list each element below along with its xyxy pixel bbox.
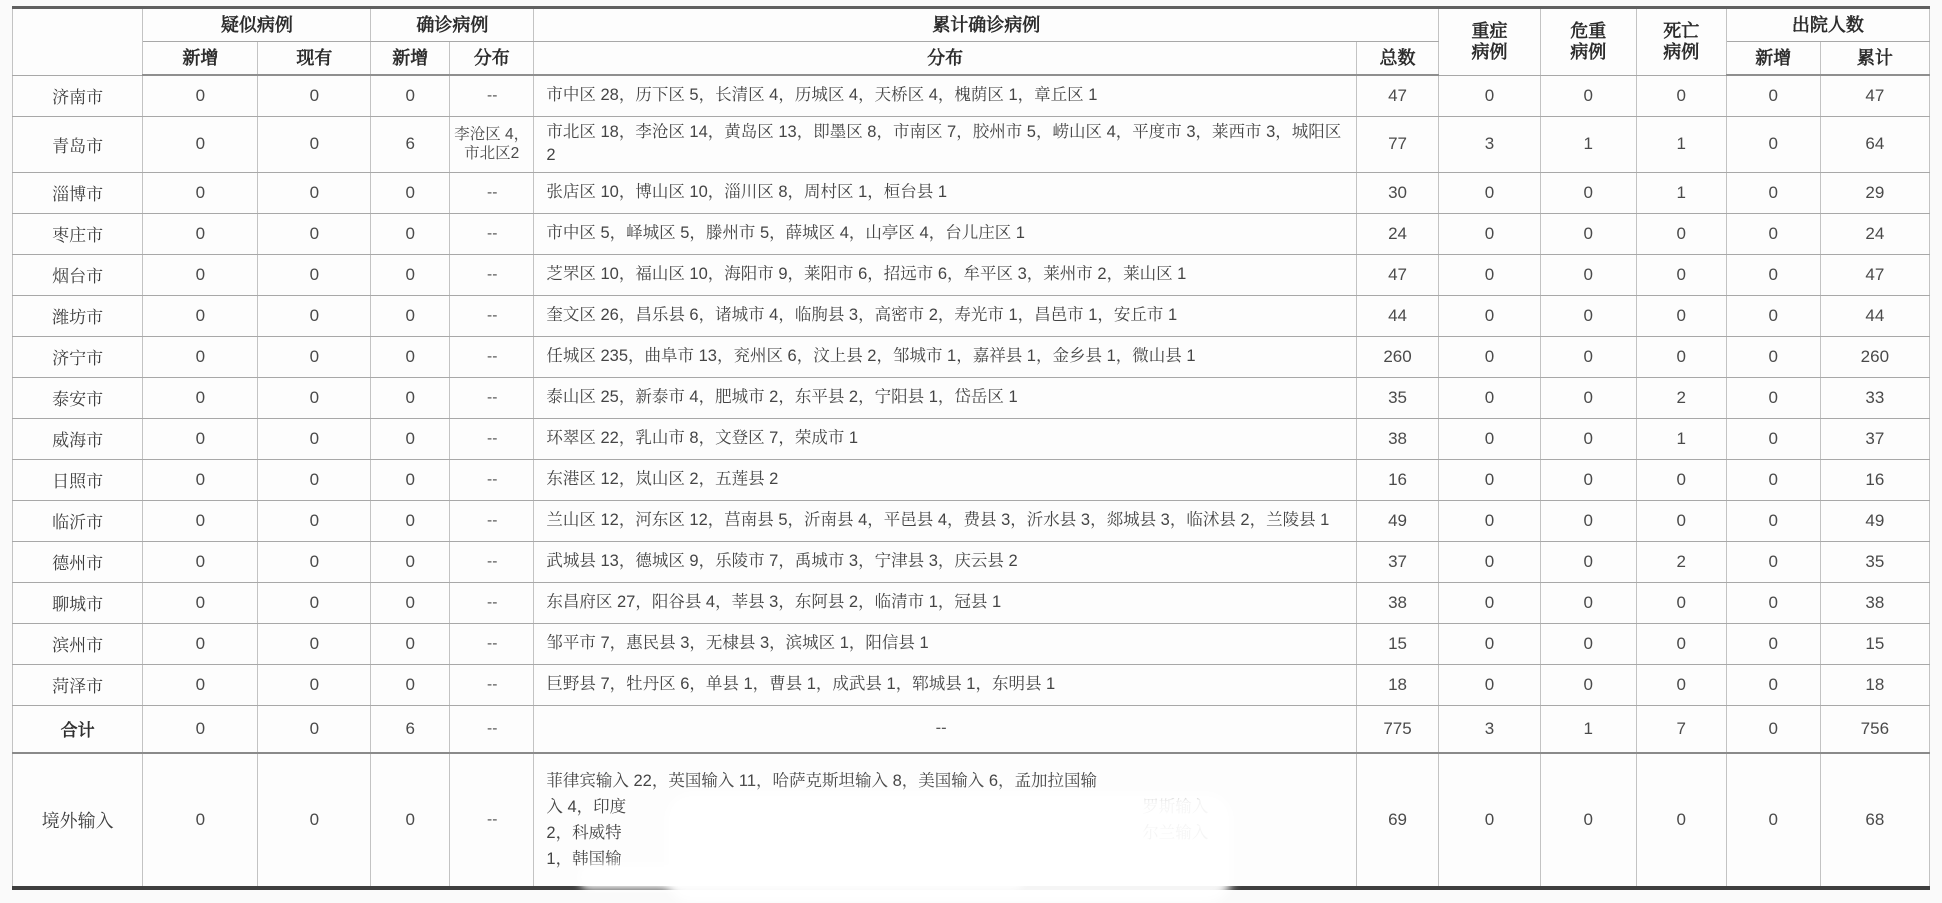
cell-existing-suspected: 0 xyxy=(258,753,371,800)
header-severe-line1: 重症 xyxy=(1472,21,1508,41)
table-row: 菏泽市000--巨野县 7，牡丹区 6，单县 1，曹县 1，成武县 1，郓城县 … xyxy=(13,664,1930,705)
table-row: 枣庄市000--市中区 5，峄城区 5，滕州市 5，薛城区 4，山亭区 4，台儿… xyxy=(13,213,1930,254)
cell-discharged-total: 64 xyxy=(1820,117,1929,173)
table-row: 济南市000--市中区 28，历下区 5，长清区 4，历城区 4，天桥区 4，槐… xyxy=(13,75,1930,117)
cell-cumulative-distribution: 环翠区 22，乳山市 8，文登区 7，荣成市 1 xyxy=(534,418,1356,459)
cell-severe: 0 xyxy=(1439,295,1541,336)
cell-new-confirmed: 0 xyxy=(371,664,450,705)
header-critical-cases: 危重病例 xyxy=(1540,8,1636,76)
cell-death: 0 xyxy=(1636,254,1726,295)
cell-total: 35 xyxy=(1356,377,1438,418)
cell-total: 47 xyxy=(1356,75,1438,117)
cell-discharged-new: 0 xyxy=(1726,418,1820,459)
cell-city: 枣庄市 xyxy=(13,213,143,254)
cell-severe: 0 xyxy=(1439,623,1541,664)
cell-total: 37 xyxy=(1356,541,1438,582)
cell-discharged-total: 68 xyxy=(1820,753,1929,800)
cell-cumulative-distribution: -- xyxy=(534,705,1356,753)
header-row-groups: 疑似病例 确诊病例 累计确诊病例 重症病例 危重病例 死亡病例 出院人数 xyxy=(13,8,1930,42)
cell-new-suspected: 0 xyxy=(143,172,258,213)
cell-discharged-total: 35 xyxy=(1820,541,1929,582)
cell-confirmed-distribution: -- xyxy=(450,377,534,418)
header-cumulative-confirmed-cases: 累计确诊病例 xyxy=(534,8,1439,42)
cell-discharged-new: 0 xyxy=(1726,213,1820,254)
cell-new-suspected: 0 xyxy=(143,623,258,664)
cell-discharged-new: 0 xyxy=(1726,500,1820,541)
cell-confirmed-distribution: -- xyxy=(450,172,534,213)
cell-death: 0 xyxy=(1636,295,1726,336)
cell-confirmed-distribution: -- xyxy=(450,336,534,377)
cell-critical: 1 xyxy=(1540,705,1636,753)
cell-confirmed-distribution: -- xyxy=(450,753,534,800)
table-row: 威海市000--环翠区 22，乳山市 8，文登区 7，荣成市 138001037 xyxy=(13,418,1930,459)
cell-city: 威海市 xyxy=(13,418,143,459)
cell-cumulative-distribution: 邹平市 7，惠民县 3，无棣县 3，滨城区 1，阳信县 1 xyxy=(534,623,1356,664)
cell-discharged-total: 260 xyxy=(1820,336,1929,377)
cell-discharged-total: 15 xyxy=(1820,623,1929,664)
cell-cumulative-distribution: 兰山区 12，河东区 12，莒南县 5，沂南县 4，平邑县 4，费县 3，沂水县… xyxy=(534,500,1356,541)
cell-death: 0 xyxy=(1636,459,1726,500)
cell-total: 38 xyxy=(1356,582,1438,623)
cell-total: 16 xyxy=(1356,459,1438,500)
cell-existing-suspected: 0 xyxy=(258,295,371,336)
cell-discharged-total: 37 xyxy=(1820,418,1929,459)
cell-severe: 0 xyxy=(1439,213,1541,254)
header-critical-line2: 病例 xyxy=(1570,42,1606,62)
cell-critical: 0 xyxy=(1540,664,1636,705)
cell-new-confirmed: 6 xyxy=(371,117,450,173)
header-confirmed-distribution: 分布 xyxy=(450,42,534,76)
cell-death: 0 xyxy=(1636,500,1726,541)
cases-table-container: 疑似病例 确诊病例 累计确诊病例 重症病例 危重病例 死亡病例 出院人数 新增 … xyxy=(12,6,1930,800)
cell-total: 77 xyxy=(1356,117,1438,173)
cell-new-suspected: 0 xyxy=(143,295,258,336)
cell-discharged-new: 0 xyxy=(1726,705,1820,753)
table-row: 淄博市000--张店区 10，博山区 10，淄川区 8，周村区 1，桓台县 13… xyxy=(13,172,1930,213)
cell-death: 0 xyxy=(1636,75,1726,117)
cell-death: 1 xyxy=(1636,117,1726,173)
cell-discharged-total: 24 xyxy=(1820,213,1929,254)
header-new-confirmed: 新增 xyxy=(371,42,450,76)
cell-city: 滨州市 xyxy=(13,623,143,664)
cell-city: 聊城市 xyxy=(13,582,143,623)
cell-death: 1 xyxy=(1636,172,1726,213)
cell-confirmed-distribution: -- xyxy=(450,664,534,705)
cell-existing-suspected: 0 xyxy=(258,541,371,582)
cell-critical: 0 xyxy=(1540,295,1636,336)
cell-new-confirmed: 0 xyxy=(371,213,450,254)
cell-cumulative-distribution: 张店区 10，博山区 10，淄川区 8，周村区 1，桓台县 1 xyxy=(534,172,1356,213)
cell-discharged-new: 0 xyxy=(1726,295,1820,336)
cell-cumulative-distribution: 泰山区 25，新泰市 4，肥城市 2，东平县 2，宁阳县 1，岱岳区 1 xyxy=(534,377,1356,418)
cell-discharged-total: 16 xyxy=(1820,459,1929,500)
cell-cumulative-distribution: 东港区 12，岚山区 2，五莲县 2 xyxy=(534,459,1356,500)
cell-new-suspected: 0 xyxy=(143,459,258,500)
cell-cumulative-distribution: 市中区 28，历下区 5，长清区 4，历城区 4，天桥区 4，槐荫区 1，章丘区… xyxy=(534,75,1356,117)
cell-confirmed-distribution: -- xyxy=(450,75,534,117)
cell-critical: 0 xyxy=(1540,254,1636,295)
header-severe-line2: 病例 xyxy=(1472,42,1508,62)
header-cumulative-discharged: 累计 xyxy=(1820,42,1929,76)
cell-critical: 0 xyxy=(1540,418,1636,459)
cell-cumulative-distribution: 巨野县 7，牡丹区 6，单县 1，曹县 1，成武县 1，郓城县 1，东明县 1 xyxy=(534,664,1356,705)
cell-discharged-total: 33 xyxy=(1820,377,1929,418)
cell-critical: 0 xyxy=(1540,213,1636,254)
header-confirmed-cases: 确诊病例 xyxy=(371,8,534,42)
header-cumulative-distribution: 分布 xyxy=(534,42,1356,76)
cell-discharged-new: 0 xyxy=(1726,377,1820,418)
cell-city: 菏泽市 xyxy=(13,664,143,705)
cell-discharged-total: 44 xyxy=(1820,295,1929,336)
header-death-cases: 死亡病例 xyxy=(1636,8,1726,76)
overseas-distribution-line: 入 4，印度罗斯输入 xyxy=(546,794,1208,800)
cell-existing-suspected: 0 xyxy=(258,254,371,295)
cell-new-suspected: 0 xyxy=(143,377,258,418)
table-row: 聊城市000--东昌府区 27，阳谷县 4，莘县 3，东阿县 2，临清市 1，冠… xyxy=(13,582,1930,623)
table-row: 临沂市000--兰山区 12，河东区 12，莒南县 5，沂南县 4，平邑县 4，… xyxy=(13,500,1930,541)
cell-death: 0 xyxy=(1636,582,1726,623)
cell-discharged-total: 756 xyxy=(1820,705,1929,753)
cell-severe: 0 xyxy=(1439,582,1541,623)
cell-confirmed-distribution: -- xyxy=(450,459,534,500)
table-row: 烟台市000--芝罘区 10，福山区 10，海阳市 9，莱阳市 6，招远市 6，… xyxy=(13,254,1930,295)
cell-total: 38 xyxy=(1356,418,1438,459)
cell-existing-suspected: 0 xyxy=(258,75,371,117)
cell-confirmed-distribution: -- xyxy=(450,500,534,541)
cell-total: 24 xyxy=(1356,213,1438,254)
cell-severe: 0 xyxy=(1439,254,1541,295)
cell-discharged-new: 0 xyxy=(1726,664,1820,705)
cell-confirmed-distribution: -- xyxy=(450,418,534,459)
cell-city: 德州市 xyxy=(13,541,143,582)
cell-critical: 0 xyxy=(1540,582,1636,623)
cell-cumulative-distribution: 菲律宾输入 22，英国输入 11，哈萨克斯坦输入 8，美国输入 6，孟加拉国输入… xyxy=(534,753,1356,800)
cell-total: 15 xyxy=(1356,623,1438,664)
overseas-distribution-text: 菲律宾输入 22，英国输入 11，哈萨克斯坦输入 8，美国输入 6，孟加拉国输入… xyxy=(546,768,1343,800)
cell-confirmed-distribution: -- xyxy=(450,705,534,753)
cell-city: 泰安市 xyxy=(13,377,143,418)
cell-city: 日照市 xyxy=(13,459,143,500)
header-discharged: 出院人数 xyxy=(1726,8,1929,42)
cell-new-confirmed: 0 xyxy=(371,418,450,459)
cell-discharged-total: 47 xyxy=(1820,75,1929,117)
cell-existing-suspected: 0 xyxy=(258,336,371,377)
cell-severe: 3 xyxy=(1439,705,1541,753)
cell-city: 济南市 xyxy=(13,75,143,117)
cell-cumulative-distribution: 市中区 5，峄城区 5，滕州市 5，薛城区 4，山亭区 4，台儿庄区 1 xyxy=(534,213,1356,254)
cell-new-confirmed: 0 xyxy=(371,541,450,582)
cell-new-confirmed: 0 xyxy=(371,500,450,541)
cell-total: 47 xyxy=(1356,254,1438,295)
cell-city: 烟台市 xyxy=(13,254,143,295)
cell-confirmed-distribution: 李沧区 4，市北区2 xyxy=(450,117,534,173)
cell-discharged-new: 0 xyxy=(1726,541,1820,582)
cell-total: 18 xyxy=(1356,664,1438,705)
cell-discharged-new: 0 xyxy=(1726,336,1820,377)
cell-total: 49 xyxy=(1356,500,1438,541)
cell-critical: 0 xyxy=(1540,75,1636,117)
cell-new-confirmed: 0 xyxy=(371,582,450,623)
header-death-line2: 病例 xyxy=(1663,42,1699,62)
cell-discharged-new: 0 xyxy=(1726,254,1820,295)
cell-total: 30 xyxy=(1356,172,1438,213)
cell-cumulative-distribution: 市北区 18，李沧区 14，黄岛区 13，即墨区 8，市南区 7，胶州市 5，崂… xyxy=(534,117,1356,173)
cell-cumulative-distribution: 武城县 13，德城区 9，乐陵市 7，禹城市 3，宁津县 3，庆云县 2 xyxy=(534,541,1356,582)
cell-critical: 0 xyxy=(1540,753,1636,800)
cell-city: 潍坊市 xyxy=(13,295,143,336)
cell-new-confirmed: 0 xyxy=(371,753,450,800)
cell-total: 44 xyxy=(1356,295,1438,336)
cell-severe: 0 xyxy=(1439,377,1541,418)
header-new-discharged: 新增 xyxy=(1726,42,1820,76)
cell-critical: 0 xyxy=(1540,500,1636,541)
cell-city: 合计 xyxy=(13,705,143,753)
cell-new-confirmed: 0 xyxy=(371,172,450,213)
overseas-distribution-line: 菲律宾输入 22，英国输入 11，哈萨克斯坦输入 8，美国输入 6，孟加拉国输 xyxy=(546,768,1343,794)
cell-existing-suspected: 0 xyxy=(258,623,371,664)
corner-cell xyxy=(13,8,143,76)
table-row: 潍坊市000--奎文区 26，昌乐县 6，诸城市 4，临朐县 3，高密市 2，寿… xyxy=(13,295,1930,336)
cell-city: 境外输入 xyxy=(13,753,143,800)
cell-severe: 3 xyxy=(1439,117,1541,173)
table-body: 济南市000--市中区 28，历下区 5，长清区 4，历城区 4，天桥区 4，槐… xyxy=(13,75,1930,800)
cell-confirmed-distribution: -- xyxy=(450,213,534,254)
cell-discharged-total: 49 xyxy=(1820,500,1929,541)
cell-death: 0 xyxy=(1636,664,1726,705)
cell-death: 0 xyxy=(1636,753,1726,800)
cell-total: 260 xyxy=(1356,336,1438,377)
cell-new-confirmed: 0 xyxy=(371,377,450,418)
cell-city: 临沂市 xyxy=(13,500,143,541)
cell-discharged-new: 0 xyxy=(1726,459,1820,500)
cell-discharged-total: 29 xyxy=(1820,172,1929,213)
cell-new-suspected: 0 xyxy=(143,117,258,173)
cell-severe: 0 xyxy=(1439,336,1541,377)
cell-new-suspected: 0 xyxy=(143,541,258,582)
cell-confirmed-distribution: -- xyxy=(450,254,534,295)
cell-confirmed-distribution: -- xyxy=(450,295,534,336)
cell-critical: 0 xyxy=(1540,459,1636,500)
cell-new-confirmed: 0 xyxy=(371,459,450,500)
cell-confirmed-distribution: -- xyxy=(450,623,534,664)
table-row: 滨州市000--邹平市 7，惠民县 3，无棣县 3，滨城区 1，阳信县 1150… xyxy=(13,623,1930,664)
cell-cumulative-distribution: 芝罘区 10，福山区 10，海阳市 9，莱阳市 6，招远市 6，牟平区 3，莱州… xyxy=(534,254,1356,295)
table-row: 日照市000--东港区 12，岚山区 2，五莲县 216000016 xyxy=(13,459,1930,500)
cell-new-suspected: 0 xyxy=(143,213,258,254)
cell-severe: 0 xyxy=(1439,664,1541,705)
cell-discharged-total: 18 xyxy=(1820,664,1929,705)
header-suspected-cases: 疑似病例 xyxy=(143,8,371,42)
cell-death: 0 xyxy=(1636,623,1726,664)
cell-discharged-new: 0 xyxy=(1726,117,1820,173)
cell-existing-suspected: 0 xyxy=(258,377,371,418)
cell-death: 1 xyxy=(1636,418,1726,459)
cell-existing-suspected: 0 xyxy=(258,172,371,213)
cell-confirmed-distribution: -- xyxy=(450,541,534,582)
cell-new-confirmed: 0 xyxy=(371,623,450,664)
cell-death: 2 xyxy=(1636,377,1726,418)
cell-existing-suspected: 0 xyxy=(258,117,371,173)
cell-discharged-new: 0 xyxy=(1726,623,1820,664)
cell-critical: 0 xyxy=(1540,623,1636,664)
cell-discharged-new: 0 xyxy=(1726,172,1820,213)
cell-critical: 0 xyxy=(1540,172,1636,213)
cell-critical: 0 xyxy=(1540,336,1636,377)
cell-city: 青岛市 xyxy=(13,117,143,173)
table-row: 青岛市006李沧区 4，市北区2市北区 18，李沧区 14，黄岛区 13，即墨区… xyxy=(13,117,1930,173)
table-row: 德州市000--武城县 13，德城区 9，乐陵市 7，禹城市 3，宁津县 3，庆… xyxy=(13,541,1930,582)
cell-death: 7 xyxy=(1636,705,1726,753)
header-critical-line1: 危重 xyxy=(1570,21,1606,41)
cell-new-suspected: 0 xyxy=(143,336,258,377)
header-new-suspected: 新增 xyxy=(143,42,258,76)
cases-table: 疑似病例 确诊病例 累计确诊病例 重症病例 危重病例 死亡病例 出院人数 新增 … xyxy=(12,6,1930,800)
cell-discharged-total: 38 xyxy=(1820,582,1929,623)
cell-severe: 0 xyxy=(1439,753,1541,800)
cell-total: 69 xyxy=(1356,753,1438,800)
header-severe-cases: 重症病例 xyxy=(1439,8,1541,76)
cell-new-confirmed: 0 xyxy=(371,75,450,117)
cell-existing-suspected: 0 xyxy=(258,500,371,541)
cell-death: 0 xyxy=(1636,336,1726,377)
cell-new-suspected: 0 xyxy=(143,753,258,800)
header-death-line1: 死亡 xyxy=(1663,21,1699,41)
cell-city: 济宁市 xyxy=(13,336,143,377)
cell-existing-suspected: 0 xyxy=(258,213,371,254)
table-row: 境外输入000--菲律宾输入 22，英国输入 11，哈萨克斯坦输入 8，美国输入… xyxy=(13,753,1930,800)
table-row: 泰安市000--泰山区 25，新泰市 4，肥城市 2，东平县 2，宁阳县 1，岱… xyxy=(13,377,1930,418)
cell-critical: 1 xyxy=(1540,117,1636,173)
cell-existing-suspected: 0 xyxy=(258,582,371,623)
cell-new-suspected: 0 xyxy=(143,664,258,705)
cell-discharged-total: 47 xyxy=(1820,254,1929,295)
cell-severe: 0 xyxy=(1439,459,1541,500)
cell-new-suspected: 0 xyxy=(143,75,258,117)
cell-cumulative-distribution: 东昌府区 27，阳谷县 4，莘县 3，东阿县 2，临清市 1，冠县 1 xyxy=(534,582,1356,623)
cell-confirmed-distribution: -- xyxy=(450,582,534,623)
cell-new-suspected: 0 xyxy=(143,500,258,541)
cell-severe: 0 xyxy=(1439,75,1541,117)
header-existing-suspected: 现有 xyxy=(258,42,371,76)
cell-new-suspected: 0 xyxy=(143,705,258,753)
cell-death: 2 xyxy=(1636,541,1726,582)
cell-new-confirmed: 0 xyxy=(371,336,450,377)
cell-severe: 0 xyxy=(1439,172,1541,213)
cell-existing-suspected: 0 xyxy=(258,418,371,459)
cell-new-suspected: 0 xyxy=(143,254,258,295)
cell-total: 775 xyxy=(1356,705,1438,753)
cell-existing-suspected: 0 xyxy=(258,664,371,705)
cell-severe: 0 xyxy=(1439,500,1541,541)
cell-discharged-new: 0 xyxy=(1726,75,1820,117)
cell-existing-suspected: 0 xyxy=(258,459,371,500)
cell-discharged-new: 0 xyxy=(1726,582,1820,623)
cell-discharged-new: 0 xyxy=(1726,753,1820,800)
cell-new-confirmed: 6 xyxy=(371,705,450,753)
cell-cumulative-distribution: 任城区 235，曲阜市 13，兖州区 6，汶上县 2，邹城市 1，嘉祥县 1，金… xyxy=(534,336,1356,377)
cell-death: 0 xyxy=(1636,213,1726,254)
cell-existing-suspected: 0 xyxy=(258,705,371,753)
summary-row: 合计006----7753170756 xyxy=(13,705,1930,753)
cell-city: 淄博市 xyxy=(13,172,143,213)
header-total: 总数 xyxy=(1356,42,1438,76)
cell-new-suspected: 0 xyxy=(143,418,258,459)
table-row: 济宁市000--任城区 235，曲阜市 13，兖州区 6，汶上县 2，邹城市 1… xyxy=(13,336,1930,377)
cell-critical: 0 xyxy=(1540,541,1636,582)
cell-new-suspected: 0 xyxy=(143,582,258,623)
cell-severe: 0 xyxy=(1439,541,1541,582)
cell-new-confirmed: 0 xyxy=(371,295,450,336)
cell-critical: 0 xyxy=(1540,377,1636,418)
cell-cumulative-distribution: 奎文区 26，昌乐县 6，诸城市 4，临朐县 3，高密市 2，寿光市 1，昌邑市… xyxy=(534,295,1356,336)
cell-new-confirmed: 0 xyxy=(371,254,450,295)
cell-severe: 0 xyxy=(1439,418,1541,459)
